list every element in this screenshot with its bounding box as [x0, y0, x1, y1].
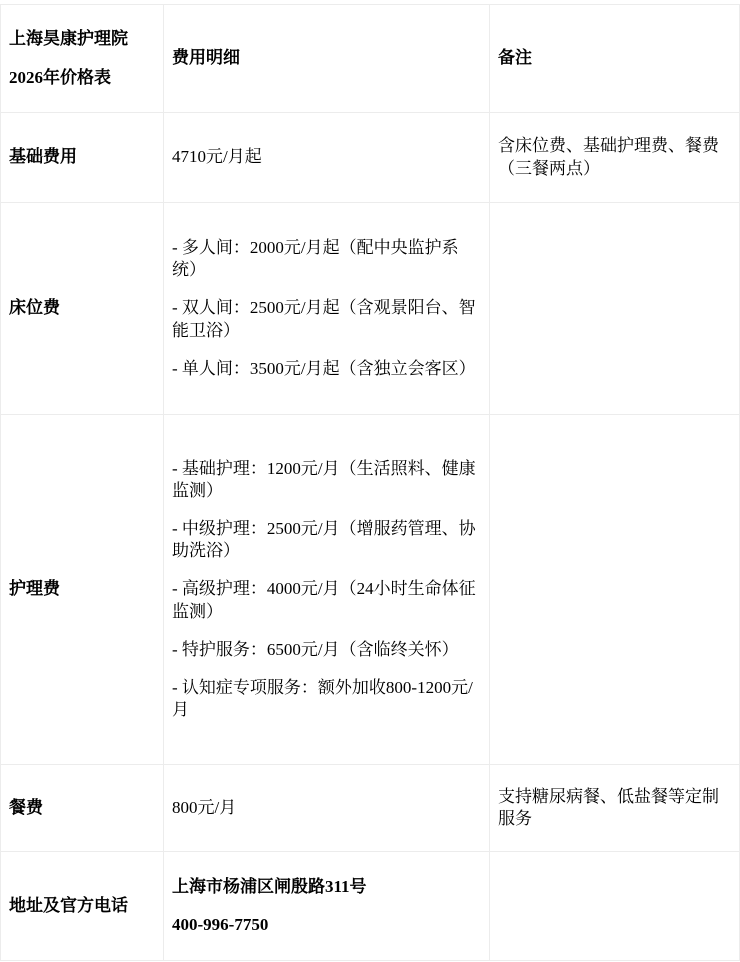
notes-cell [490, 852, 740, 961]
row-label: 护理费 [9, 578, 155, 600]
notes-column-header-cell: 备注 [490, 5, 740, 113]
notes-cell: 支持糖尿病餐、低盐餐等定制服务 [490, 765, 740, 852]
detail-line: - 基础护理：1200元/月（生活照料、健康监测） [172, 458, 481, 502]
row-label-cell: 护理费 [1, 415, 164, 765]
detail-line: - 单人间：3500元/月起（含独立会客区） [172, 358, 481, 380]
details-column-header: 费用明细 [172, 47, 481, 69]
price-table: 上海昊康护理院 2026年价格表 费用明细 备注 基础费用 4710元/月起 含… [0, 4, 740, 961]
table-row-meal-fee: 餐费 800元/月 支持糖尿病餐、低盐餐等定制服务 [1, 765, 740, 852]
phone-line: 400-996-7750 [172, 914, 481, 936]
header-row: 上海昊康护理院 2026年价格表 费用明细 备注 [1, 5, 740, 113]
details-cell: 4710元/月起 [164, 113, 490, 203]
row-label-cell: 基础费用 [1, 113, 164, 203]
details-cell: - 基础护理：1200元/月（生活照料、健康监测） - 中级护理：2500元/月… [164, 415, 490, 765]
detail-line: 4710元/月起 [172, 146, 481, 168]
table-row-address-phone: 地址及官方电话 上海市杨浦区闸殷路311号 400-996-7750 [1, 852, 740, 961]
detail-line: - 双人间：2500元/月起（含观景阳台、智能卫浴） [172, 297, 481, 341]
detail-line: 800元/月 [172, 797, 481, 819]
table-title-line2: 2026年价格表 [9, 67, 155, 89]
note-line: 含床位费、基础护理费、餐费（三餐两点） [498, 135, 731, 179]
notes-column-header: 备注 [498, 47, 731, 69]
detail-line: - 多人间：2000元/月起（配中央监护系统） [172, 237, 481, 281]
row-label-cell: 餐费 [1, 765, 164, 852]
detail-line: - 认知症专项服务：额外加收800-1200元/月 [172, 677, 481, 721]
detail-line: - 特护服务：6500元/月（含临终关怀） [172, 639, 481, 661]
note-line: 支持糖尿病餐、低盐餐等定制服务 [498, 786, 731, 830]
row-label-cell: 床位费 [1, 203, 164, 415]
table-title-line1: 上海昊康护理院 [9, 28, 155, 50]
detail-line: - 中级护理：2500元/月（增服药管理、协助洗浴） [172, 518, 481, 562]
table-title-cell: 上海昊康护理院 2026年价格表 [1, 5, 164, 113]
row-label-cell: 地址及官方电话 [1, 852, 164, 961]
row-label: 地址及官方电话 [9, 895, 155, 917]
address-line: 上海市杨浦区闸殷路311号 [172, 876, 481, 898]
row-label: 床位费 [9, 297, 155, 319]
details-cell: 800元/月 [164, 765, 490, 852]
detail-line: - 高级护理：4000元/月（24小时生命体征监测） [172, 578, 481, 622]
table-row-basic-fee: 基础费用 4710元/月起 含床位费、基础护理费、餐费（三餐两点） [1, 113, 740, 203]
page: 上海昊康护理院 2026年价格表 费用明细 备注 基础费用 4710元/月起 含… [0, 0, 740, 962]
details-column-header-cell: 费用明细 [164, 5, 490, 113]
details-cell: 上海市杨浦区闸殷路311号 400-996-7750 [164, 852, 490, 961]
row-label: 基础费用 [9, 146, 155, 168]
notes-cell: 含床位费、基础护理费、餐费（三餐两点） [490, 113, 740, 203]
details-cell: - 多人间：2000元/月起（配中央监护系统） - 双人间：2500元/月起（含… [164, 203, 490, 415]
row-label: 餐费 [9, 797, 155, 819]
notes-cell [490, 203, 740, 415]
table-row-bed-fee: 床位费 - 多人间：2000元/月起（配中央监护系统） - 双人间：2500元/… [1, 203, 740, 415]
table-row-nursing-fee: 护理费 - 基础护理：1200元/月（生活照料、健康监测） - 中级护理：250… [1, 415, 740, 765]
notes-cell [490, 415, 740, 765]
